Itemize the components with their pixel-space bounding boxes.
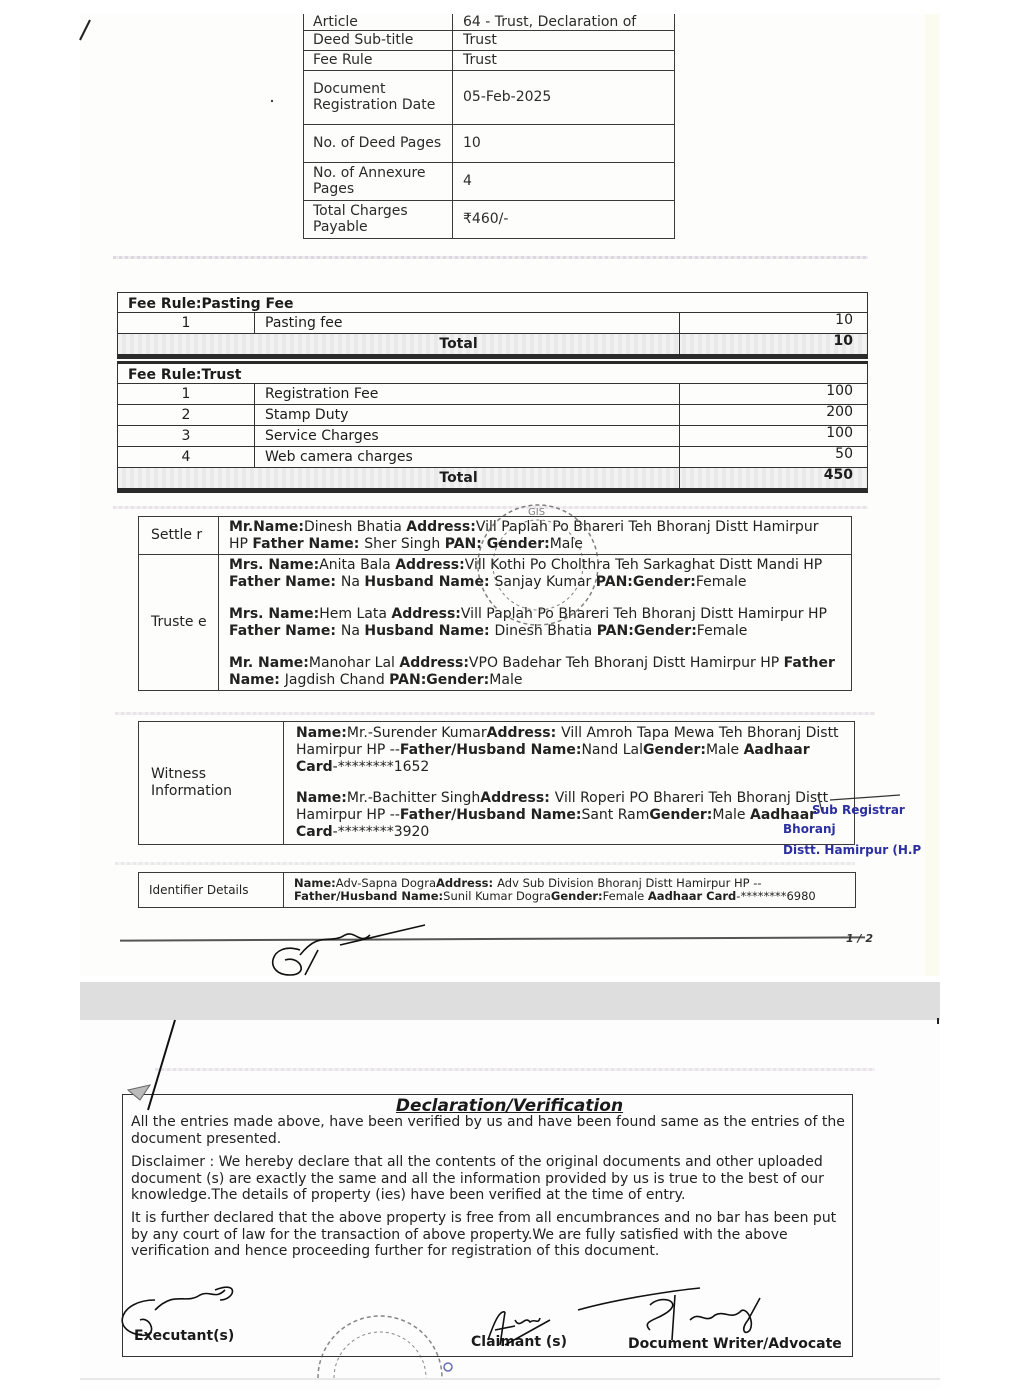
registrar-stamp-line1: Sub Registrar [812, 800, 905, 820]
fee-total-amount: 10 [680, 334, 867, 354]
info-key: Deed Sub-title [304, 30, 453, 50]
separator [113, 256, 868, 259]
info-key: Fee Rule [304, 50, 453, 70]
fee-table-title: Fee Rule:Trust [118, 364, 867, 384]
page-bottom-edge [80, 1378, 940, 1380]
info-row: Article64 - Trust, Declaration of [304, 14, 675, 30]
executant-label: Executant(s) [134, 1328, 234, 1344]
info-row: No. of Annexure Pages4 [304, 162, 675, 200]
party-entry: Name:Adv-Sapna DograAddress: Adv Sub Div… [294, 877, 845, 903]
declaration-paragraph-2: Disclaimer : We hereby declare that all … [131, 1154, 851, 1204]
separator [115, 862, 855, 865]
separator [155, 1068, 875, 1071]
info-value: 64 - Trust, Declaration of [453, 14, 675, 30]
fee-row: 2Stamp Duty200 [118, 405, 867, 426]
info-row: Deed Sub-titleTrust [304, 30, 675, 50]
party-entry: Mrs. Name:Anita Bala Address:Vill Kothi … [229, 557, 841, 590]
settler-row: Settle r Mr.Name:Dinesh Bhatia Address:V… [139, 517, 852, 555]
settler-details: Mr.Name:Dinesh Bhatia Address:Vill Papla… [219, 517, 852, 555]
identifier-table: Identifier Details Name:Adv-Sapna DograA… [138, 872, 856, 908]
identifier-role-label: Identifier Details [139, 873, 284, 908]
document-writer-label: Document Writer/Advocate [628, 1336, 842, 1352]
info-key: Total Charges Payable [304, 200, 453, 238]
fee-amount: 200 [680, 405, 867, 425]
fee-total-label: Total [118, 334, 680, 354]
registrar-stamp-line2: Bhoranj [783, 819, 836, 839]
declaration-paragraph-3: It is further declared that the above pr… [131, 1210, 851, 1260]
fee-table-title: Fee Rule:Pasting Fee [118, 293, 867, 313]
fee-table-trust: Fee Rule:Trust 1Registration Fee1002Stam… [117, 361, 868, 493]
trustee-row: Truste e Mrs. Name:Anita Bala Address:Vi… [139, 555, 852, 691]
trustee-details: Mrs. Name:Anita Bala Address:Vill Kothi … [219, 555, 852, 691]
trustee-role-label: Truste e [139, 555, 219, 691]
fee-total-amount: 450 [680, 468, 867, 488]
fee-row: 3Service Charges100 [118, 426, 867, 447]
party-entry: Name:Mr.-Surender KumarAddress: Vill Amr… [296, 725, 842, 776]
fee-total-row: Total 450 [118, 468, 867, 488]
info-key: Article [304, 14, 453, 30]
info-value: ₹460/- [453, 200, 675, 238]
registrar-stamp-line3: Distt. Hamirpur (H.P [783, 840, 921, 860]
fee-table-pasting: Fee Rule:Pasting Fee 1Pasting fee10 Tota… [117, 292, 868, 359]
info-value: Trust [453, 30, 675, 50]
party-entry: Name:Mr.-Bachitter SinghAddress: Vill Ro… [296, 790, 842, 841]
deed-info-table: Article64 - Trust, Declaration ofDeed Su… [303, 14, 675, 239]
info-key: No. of Annexure Pages [304, 162, 453, 200]
fee-total-label: Total [118, 468, 680, 488]
info-key: Document Registration Date [304, 70, 453, 124]
info-value: 10 [453, 124, 675, 162]
page-number: 1 / 2 [846, 932, 873, 945]
page-gap-band [80, 982, 940, 1020]
info-value: 05-Feb-2025 [453, 70, 675, 124]
info-value: Trust [453, 50, 675, 70]
parties-table: Settle r Mr.Name:Dinesh Bhatia Address:V… [138, 516, 852, 691]
declaration-paragraph-1: All the entries made above, have been ve… [131, 1114, 851, 1147]
info-key: No. of Deed Pages [304, 124, 453, 162]
witness-role-label: Witness Information [139, 722, 284, 845]
fee-amount: 100 [680, 384, 867, 404]
separator [113, 506, 868, 509]
party-entry: Mr. Name:Manohar Lal Address:VPO Badehar… [229, 655, 841, 688]
fee-description: Stamp Duty [255, 405, 680, 425]
separator [115, 712, 875, 715]
fee-serial: 4 [118, 447, 255, 467]
page-edge [925, 14, 939, 976]
fee-description: Registration Fee [255, 384, 680, 404]
fee-serial: 1 [118, 313, 255, 333]
claimant-label: Claimant (s) [471, 1334, 567, 1350]
fee-amount: 100 [680, 426, 867, 446]
fee-description: Service Charges [255, 426, 680, 446]
info-row: Document Registration Date05-Feb-2025 [304, 70, 675, 124]
fee-description: Web camera charges [255, 447, 680, 467]
declaration-title: Declaration/Verification [0, 1096, 1019, 1116]
info-row: Total Charges Payable₹460/- [304, 200, 675, 238]
fee-amount: 10 [680, 313, 867, 333]
identifier-details: Name:Adv-Sapna DograAddress: Adv Sub Div… [284, 873, 856, 908]
fee-amount: 50 [680, 447, 867, 467]
fee-row: 1Registration Fee100 [118, 384, 867, 405]
fee-description: Pasting fee [255, 313, 680, 333]
witness-details: Name:Mr.-Surender KumarAddress: Vill Amr… [284, 722, 855, 845]
party-entry: Mrs. Name:Hem Lata Address:Vill Paplah P… [229, 606, 841, 639]
fee-serial: 3 [118, 426, 255, 446]
info-row: Fee RuleTrust [304, 50, 675, 70]
witness-table: Witness Information Name:Mr.-Surender Ku… [138, 721, 855, 845]
fee-row: 1Pasting fee10 [118, 313, 867, 334]
fee-row: 4Web camera charges50 [118, 447, 867, 468]
party-entry: Mr.Name:Dinesh Bhatia Address:Vill Papla… [229, 519, 841, 552]
fee-serial: 1 [118, 384, 255, 404]
info-row: No. of Deed Pages10 [304, 124, 675, 162]
fee-serial: 2 [118, 405, 255, 425]
info-value: 4 [453, 162, 675, 200]
settler-role-label: Settle r [139, 517, 219, 555]
fee-total-row: Total 10 [118, 334, 867, 354]
